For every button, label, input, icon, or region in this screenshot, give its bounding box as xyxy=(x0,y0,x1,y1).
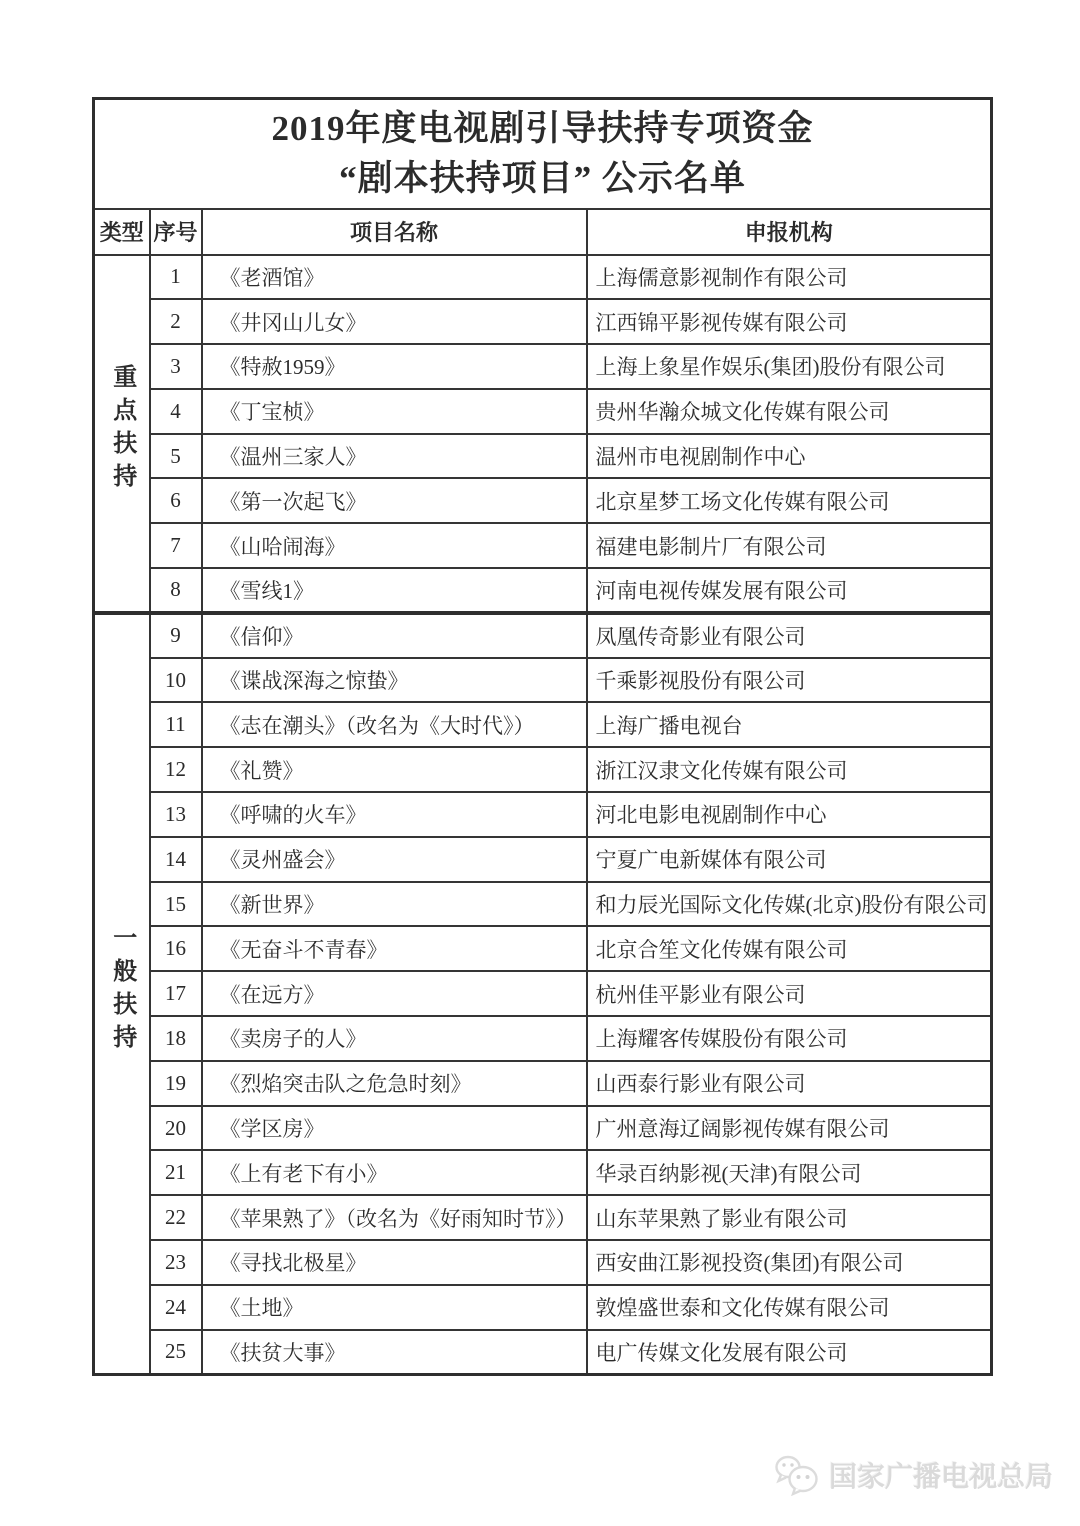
wechat-bubbles-icon xyxy=(774,1454,820,1496)
project-title-cell: 《山哈闹海》 xyxy=(202,523,587,568)
project-title-cell: 《学区房》 xyxy=(202,1106,587,1151)
org-cell: 上海儒意影视制作有限公司 xyxy=(587,255,992,300)
table-row: 8《雪线1》河南电视传媒发展有限公司 xyxy=(94,568,992,613)
table-header-row: 类型 序号 项目名称 申报机构 xyxy=(94,209,992,255)
category-label: 重点扶持 xyxy=(110,364,134,496)
seq-cell: 19 xyxy=(150,1061,202,1106)
table-row: 4《丁宝桢》贵州华瀚众城文化传媒有限公司 xyxy=(94,389,992,434)
org-cell: 河南电视传媒发展有限公司 xyxy=(587,568,992,613)
table-body: 2019年度电视剧引导扶持专项资金 “剧本扶持项目” 公示名单 类型 序号 项目… xyxy=(94,99,992,1375)
footer-text: 国家广播电视总局 xyxy=(829,1455,1053,1495)
seq-cell: 11 xyxy=(150,702,202,747)
footer-watermark: 国家广播电视总局 xyxy=(774,1452,1053,1498)
seq-cell: 16 xyxy=(150,926,202,971)
project-title-cell: 《雪线1》 xyxy=(202,568,587,613)
project-title-cell: 《扶贫大事》 xyxy=(202,1330,587,1375)
title-row: 2019年度电视剧引导扶持专项资金 “剧本扶持项目” 公示名单 xyxy=(94,99,992,209)
project-title-cell: 《苹果熟了》（改名为《好雨知时节》） xyxy=(202,1195,587,1240)
seq-cell: 4 xyxy=(150,389,202,434)
project-title-cell: 《土地》 xyxy=(202,1285,587,1330)
seq-cell: 9 xyxy=(150,613,202,658)
project-title-cell: 《第一次起飞》 xyxy=(202,478,587,523)
project-title-cell: 《井冈山儿女》 xyxy=(202,299,587,344)
seq-cell: 13 xyxy=(150,792,202,837)
table-row: 2《井冈山儿女》江西锦平影视传媒有限公司 xyxy=(94,299,992,344)
seq-cell: 5 xyxy=(150,434,202,479)
project-title-cell: 《上有老下有小》 xyxy=(202,1150,587,1195)
org-cell: 浙江汉隶文化传媒有限公司 xyxy=(587,747,992,792)
project-title-cell: 《志在潮头》（改名为《大时代》） xyxy=(202,702,587,747)
project-title-cell: 《丁宝桢》 xyxy=(202,389,587,434)
org-cell: 宁夏广电新媒体有限公司 xyxy=(587,837,992,882)
table-row: 12《礼赞》浙江汉隶文化传媒有限公司 xyxy=(94,747,992,792)
seq-cell: 3 xyxy=(150,344,202,389)
header-org: 申报机构 xyxy=(587,209,992,255)
seq-cell: 2 xyxy=(150,299,202,344)
table-row: 14《灵州盛会》宁夏广电新媒体有限公司 xyxy=(94,837,992,882)
table-row: 25《扶贫大事》电广传媒文化发展有限公司 xyxy=(94,1330,992,1375)
org-cell: 电广传媒文化发展有限公司 xyxy=(587,1330,992,1375)
table-row: 20《学区房》广州意海辽阔影视传媒有限公司 xyxy=(94,1106,992,1151)
seq-cell: 1 xyxy=(150,255,202,300)
seq-cell: 24 xyxy=(150,1285,202,1330)
seq-cell: 23 xyxy=(150,1240,202,1285)
page-title-line1: 2019年度电视剧引导扶持专项资金 xyxy=(95,104,990,154)
seq-cell: 6 xyxy=(150,478,202,523)
page-title: 2019年度电视剧引导扶持专项资金 “剧本扶持项目” 公示名单 xyxy=(94,99,992,209)
table-row: 16《无奋斗不青春》北京合笙文化传媒有限公司 xyxy=(94,926,992,971)
project-title-cell: 《烈焰突击队之危急时刻》 xyxy=(202,1061,587,1106)
page-title-line2: “剧本扶持项目” 公示名单 xyxy=(95,154,990,204)
org-cell: 西安曲江影视投资(集团)有限公司 xyxy=(587,1240,992,1285)
table-row: 11《志在潮头》（改名为《大时代》）上海广播电视台 xyxy=(94,702,992,747)
project-title-cell: 《信仰》 xyxy=(202,613,587,658)
table-row: 18《卖房子的人》上海耀客传媒股份有限公司 xyxy=(94,1016,992,1061)
table-row: 15《新世界》和力辰光国际文化传媒(北京)股份有限公司 xyxy=(94,882,992,927)
project-title-cell: 《特赦1959》 xyxy=(202,344,587,389)
seq-cell: 15 xyxy=(150,882,202,927)
seq-cell: 8 xyxy=(150,568,202,613)
org-cell: 上海上象星作娱乐(集团)股份有限公司 xyxy=(587,344,992,389)
org-cell: 敦煌盛世泰和文化传媒有限公司 xyxy=(587,1285,992,1330)
header-category: 类型 xyxy=(94,209,150,255)
seq-cell: 10 xyxy=(150,658,202,703)
org-cell: 广州意海辽阔影视传媒有限公司 xyxy=(587,1106,992,1151)
project-title-cell: 《呼啸的火车》 xyxy=(202,792,587,837)
header-seq: 序号 xyxy=(150,209,202,255)
seq-cell: 12 xyxy=(150,747,202,792)
org-cell: 山西泰行影业有限公司 xyxy=(587,1061,992,1106)
table-row: 17《在远方》杭州佳平影业有限公司 xyxy=(94,971,992,1016)
project-title-cell: 《寻找北极星》 xyxy=(202,1240,587,1285)
table-row: 19《烈焰突击队之危急时刻》山西泰行影业有限公司 xyxy=(94,1061,992,1106)
seq-cell: 21 xyxy=(150,1150,202,1195)
seq-cell: 22 xyxy=(150,1195,202,1240)
org-cell: 杭州佳平影业有限公司 xyxy=(587,971,992,1016)
project-title-cell: 《卖房子的人》 xyxy=(202,1016,587,1061)
table-row: 22《苹果熟了》（改名为《好雨知时节》）山东苹果熟了影业有限公司 xyxy=(94,1195,992,1240)
project-title-cell: 《温州三家人》 xyxy=(202,434,587,479)
org-cell: 千乘影视股份有限公司 xyxy=(587,658,992,703)
project-title-cell: 《礼赞》 xyxy=(202,747,587,792)
seq-cell: 7 xyxy=(150,523,202,568)
table-row: 24《土地》敦煌盛世泰和文化传媒有限公司 xyxy=(94,1285,992,1330)
org-cell: 上海广播电视台 xyxy=(587,702,992,747)
seq-cell: 25 xyxy=(150,1330,202,1375)
org-cell: 山东苹果熟了影业有限公司 xyxy=(587,1195,992,1240)
org-cell: 上海耀客传媒股份有限公司 xyxy=(587,1016,992,1061)
table-row: 6《第一次起飞》北京星梦工场文化传媒有限公司 xyxy=(94,478,992,523)
org-cell: 华录百纳影视(天津)有限公司 xyxy=(587,1150,992,1195)
org-cell: 凤凰传奇影业有限公司 xyxy=(587,613,992,658)
table-row: 3《特赦1959》上海上象星作娱乐(集团)股份有限公司 xyxy=(94,344,992,389)
org-cell: 福建电影制片厂有限公司 xyxy=(587,523,992,568)
table-row: 5《温州三家人》温州市电视剧制作中心 xyxy=(94,434,992,479)
header-project: 项目名称 xyxy=(202,209,587,255)
seq-cell: 17 xyxy=(150,971,202,1016)
table-row: 21《上有老下有小》华录百纳影视(天津)有限公司 xyxy=(94,1150,992,1195)
seq-cell: 20 xyxy=(150,1106,202,1151)
category-cell: 一般扶持 xyxy=(94,613,150,1375)
category-cell: 重点扶持 xyxy=(94,255,150,613)
org-cell: 贵州华瀚众城文化传媒有限公司 xyxy=(587,389,992,434)
project-title-cell: 《谍战深海之惊蛰》 xyxy=(202,658,587,703)
table-row: 7《山哈闹海》福建电影制片厂有限公司 xyxy=(94,523,992,568)
project-title-cell: 《在远方》 xyxy=(202,971,587,1016)
org-cell: 北京合笙文化传媒有限公司 xyxy=(587,926,992,971)
seq-cell: 14 xyxy=(150,837,202,882)
seq-cell: 18 xyxy=(150,1016,202,1061)
project-title-cell: 《无奋斗不青春》 xyxy=(202,926,587,971)
table-row: 重点扶持1《老酒馆》上海儒意影视制作有限公司 xyxy=(94,255,992,300)
org-cell: 温州市电视剧制作中心 xyxy=(587,434,992,479)
org-cell: 江西锦平影视传媒有限公司 xyxy=(587,299,992,344)
notice-table: 2019年度电视剧引导扶持专项资金 “剧本扶持项目” 公示名单 类型 序号 项目… xyxy=(92,97,993,1376)
project-title-cell: 《老酒馆》 xyxy=(202,255,587,300)
table-row: 一般扶持9《信仰》凤凰传奇影业有限公司 xyxy=(94,613,992,658)
org-cell: 北京星梦工场文化传媒有限公司 xyxy=(587,478,992,523)
project-title-cell: 《灵州盛会》 xyxy=(202,837,587,882)
project-title-cell: 《新世界》 xyxy=(202,882,587,927)
table-row: 10《谍战深海之惊蛰》千乘影视股份有限公司 xyxy=(94,658,992,703)
category-label: 一般扶持 xyxy=(110,925,134,1057)
org-cell: 河北电影电视剧制作中心 xyxy=(587,792,992,837)
org-cell: 和力辰光国际文化传媒(北京)股份有限公司 xyxy=(587,882,992,927)
table-row: 13《呼啸的火车》河北电影电视剧制作中心 xyxy=(94,792,992,837)
table-row: 23《寻找北极星》西安曲江影视投资(集团)有限公司 xyxy=(94,1240,992,1285)
